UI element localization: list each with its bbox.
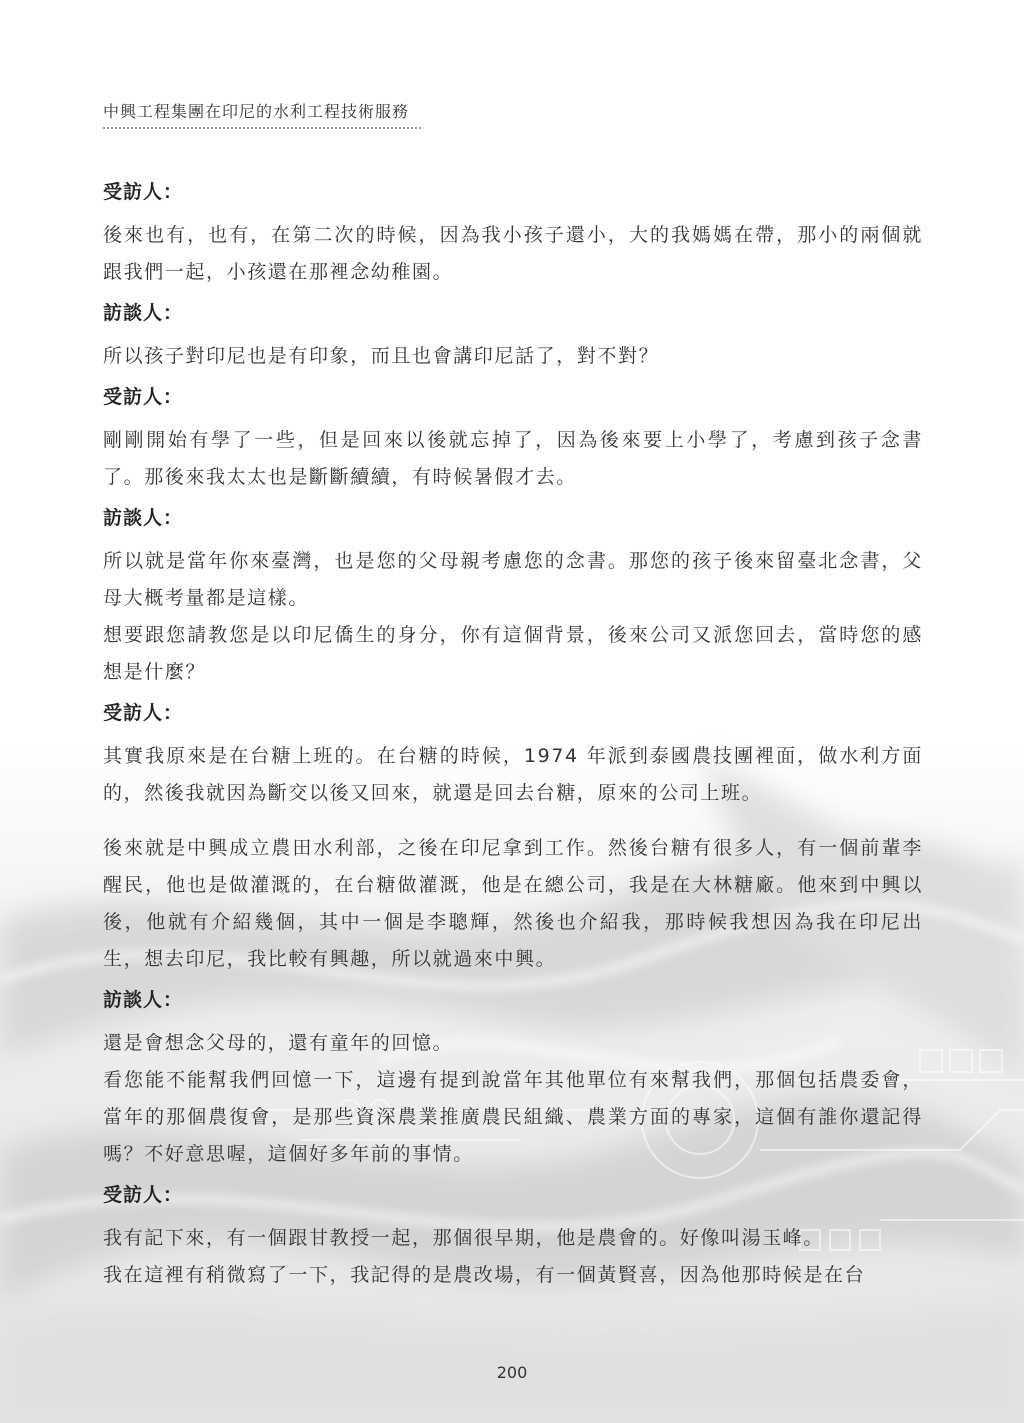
speaker-label-interviewee: 受訪人： [103,1181,923,1209]
question-paragraph: 還是會想念父母的，還有童年的回憶。 [103,1025,923,1062]
speaker-label-interviewee: 受訪人： [103,383,923,411]
dialogue-block: 訪談人： 所以孩子對印尼也是有印象，而且也會講印尼話了，對不對？ [103,299,923,375]
speaker-label-interviewer: 訪談人： [103,504,923,532]
dialogue-block: 受訪人： 後來也有，也有，在第二次的時候，因為我小孩子還小，大的我媽媽在帶，那小… [103,178,923,291]
question-paragraph: 看您能不能幫我們回憶一下，這邊有提到說當年其他單位有來幫我們，那個包括農委會，當… [103,1062,923,1173]
dialogue-block: 訪談人： 所以就是當年你來臺灣，也是您的父母親考慮您的念書。那您的孩子後來留臺北… [103,504,923,691]
interview-transcript: 受訪人： 後來也有，也有，在第二次的時候，因為我小孩子還小，大的我媽媽在帶，那小… [103,178,923,1302]
dialogue-block: 受訪人： 我有記下來，有一個跟甘教授一起，那個很早期，他是農會的。好像叫湯玉峰。… [103,1181,923,1294]
running-header: 中興工程集團在印尼的水利工程技術服務 [103,100,421,129]
question-paragraph: 想要跟您請教您是以印尼僑生的身分，你有這個背景，後來公司又派您回去，當時您的感想… [103,617,923,691]
answer-paragraph: 我在這裡有稍微寫了一下，我記得的是農改場，有一個黃賢喜，因為他那時候是在台 [103,1257,923,1294]
header-dotted-divider [103,127,421,129]
answer-paragraph: 後來就是中興成立農田水利部，之後在印尼拿到工作。然後台糖有很多人，有一個前輩李醒… [103,830,923,978]
speaker-label-interviewer: 訪談人： [103,986,923,1014]
dialogue-block: 受訪人： 剛剛開始有學了一些，但是回來以後就忘掉了，因為後來要上小學了，考慮到孩… [103,383,923,496]
page-number: 200 [0,1363,1024,1382]
question-paragraph: 所以就是當年你來臺灣，也是您的父母親考慮您的念書。那您的孩子後來留臺北念書，父母… [103,543,923,617]
answer-paragraph: 剛剛開始有學了一些，但是回來以後就忘掉了，因為後來要上小學了，考慮到孩子念書了。… [103,422,923,496]
dialogue-block: 受訪人： 其實我原來是在台糖上班的。在台糖的時候，1974 年派到泰國農技團裡面… [103,699,923,978]
header-title: 中興工程集團在印尼的水利工程技術服務 [103,100,421,124]
answer-paragraph: 我有記下來，有一個跟甘教授一起，那個很早期，他是農會的。好像叫湯玉峰。 [103,1220,923,1257]
speaker-label-interviewer: 訪談人： [103,299,923,327]
speaker-label-interviewee: 受訪人： [103,178,923,206]
question-paragraph: 所以孩子對印尼也是有印象，而且也會講印尼話了，對不對？ [103,338,923,375]
answer-paragraph: 其實我原來是在台糖上班的。在台糖的時候，1974 年派到泰國農技團裡面，做水利方… [103,738,923,812]
answer-paragraph: 後來也有，也有，在第二次的時候，因為我小孩子還小，大的我媽媽在帶，那小的兩個就跟… [103,217,923,291]
dialogue-block: 訪談人： 還是會想念父母的，還有童年的回憶。 看您能不能幫我們回憶一下，這邊有提… [103,986,923,1173]
speaker-label-interviewee: 受訪人： [103,699,923,727]
